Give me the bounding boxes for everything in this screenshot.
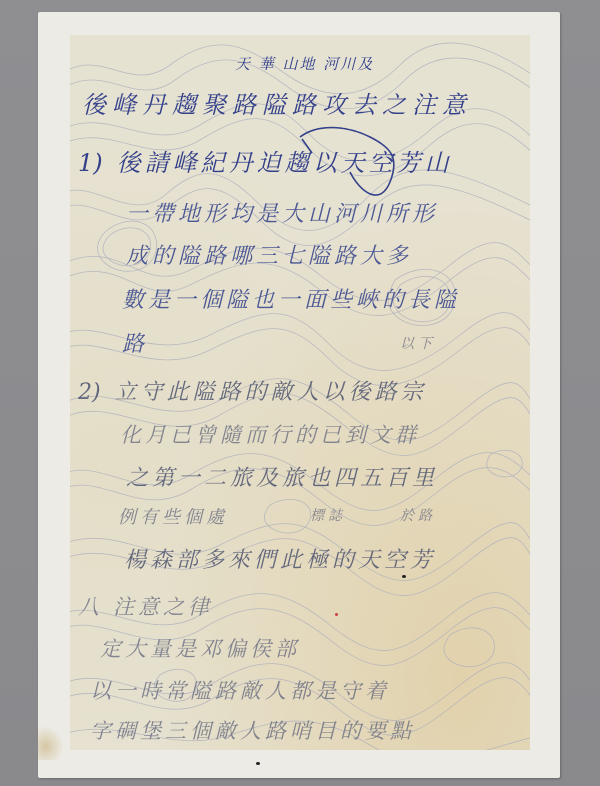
ink-speck <box>402 575 406 578</box>
section-1-line-3: 成的隘路哪三七隘路大多 <box>126 239 412 270</box>
section-3-heading: 八注意之律 <box>78 591 213 621</box>
section-2-line-3: 之第一二旅及旅也四五百里 <box>126 461 438 492</box>
section-2-line-2: 化月已曾隨而行的已到文群 <box>120 419 420 449</box>
section-1-line-1: 1)後請峰紀丹迫趨以天空芳山 <box>78 143 453 178</box>
margin-note: 以下 <box>400 333 436 353</box>
photo-backdrop: 天 華 山地 河川及 後峰丹趨聚路隘路攻去之注意 1)後請峰紀丹迫趨以天空芳山 … <box>0 0 600 786</box>
interlinear-note-2: 於路 <box>400 505 436 525</box>
section-1-line-2: 一帶地形均是大山河川所形 <box>126 197 438 228</box>
manuscript-title: 後峰丹趨聚路隘路攻去之注意 <box>82 85 472 120</box>
section-2-line-4: 例有些個處 <box>118 503 228 529</box>
section-3-line-1: 定大量是邓偏侯部 <box>100 633 300 663</box>
section-number: 2) <box>78 380 101 405</box>
manuscript-sheet: 天 華 山地 河川及 後峰丹趨聚路隘路攻去之注意 1)後請峰紀丹迫趨以天空芳山 … <box>70 35 530 750</box>
water-stain <box>38 726 64 760</box>
section-2-line-5: 楊森部多來們此極的天空芳 <box>124 543 436 574</box>
section-3-line-3: 字碉堡三個敵人路哨目的要點 <box>90 715 415 745</box>
section-1-line-4: 數是一個隘也一面些峽的長隘 <box>122 283 460 314</box>
section-2-line-1: 2)立守此隘路的敵人以後路宗 <box>78 375 427 406</box>
interlinear-note-1: 標誌 <box>310 505 346 525</box>
section-number: 1) <box>78 149 103 177</box>
section-1-line-5: 路 <box>122 327 148 358</box>
section-3-line-2: 以一時常隘路敵人都是守着 <box>90 675 390 705</box>
mounting-card: 天 華 山地 河川及 後峰丹趨聚路隘路攻去之注意 1)後請峰紀丹迫趨以天空芳山 … <box>38 12 560 778</box>
card-speck <box>256 762 260 765</box>
top-annotation: 天 華 山地 河川及 <box>235 53 374 74</box>
section-number: 八 <box>78 591 99 621</box>
red-ink-speck <box>335 613 338 616</box>
